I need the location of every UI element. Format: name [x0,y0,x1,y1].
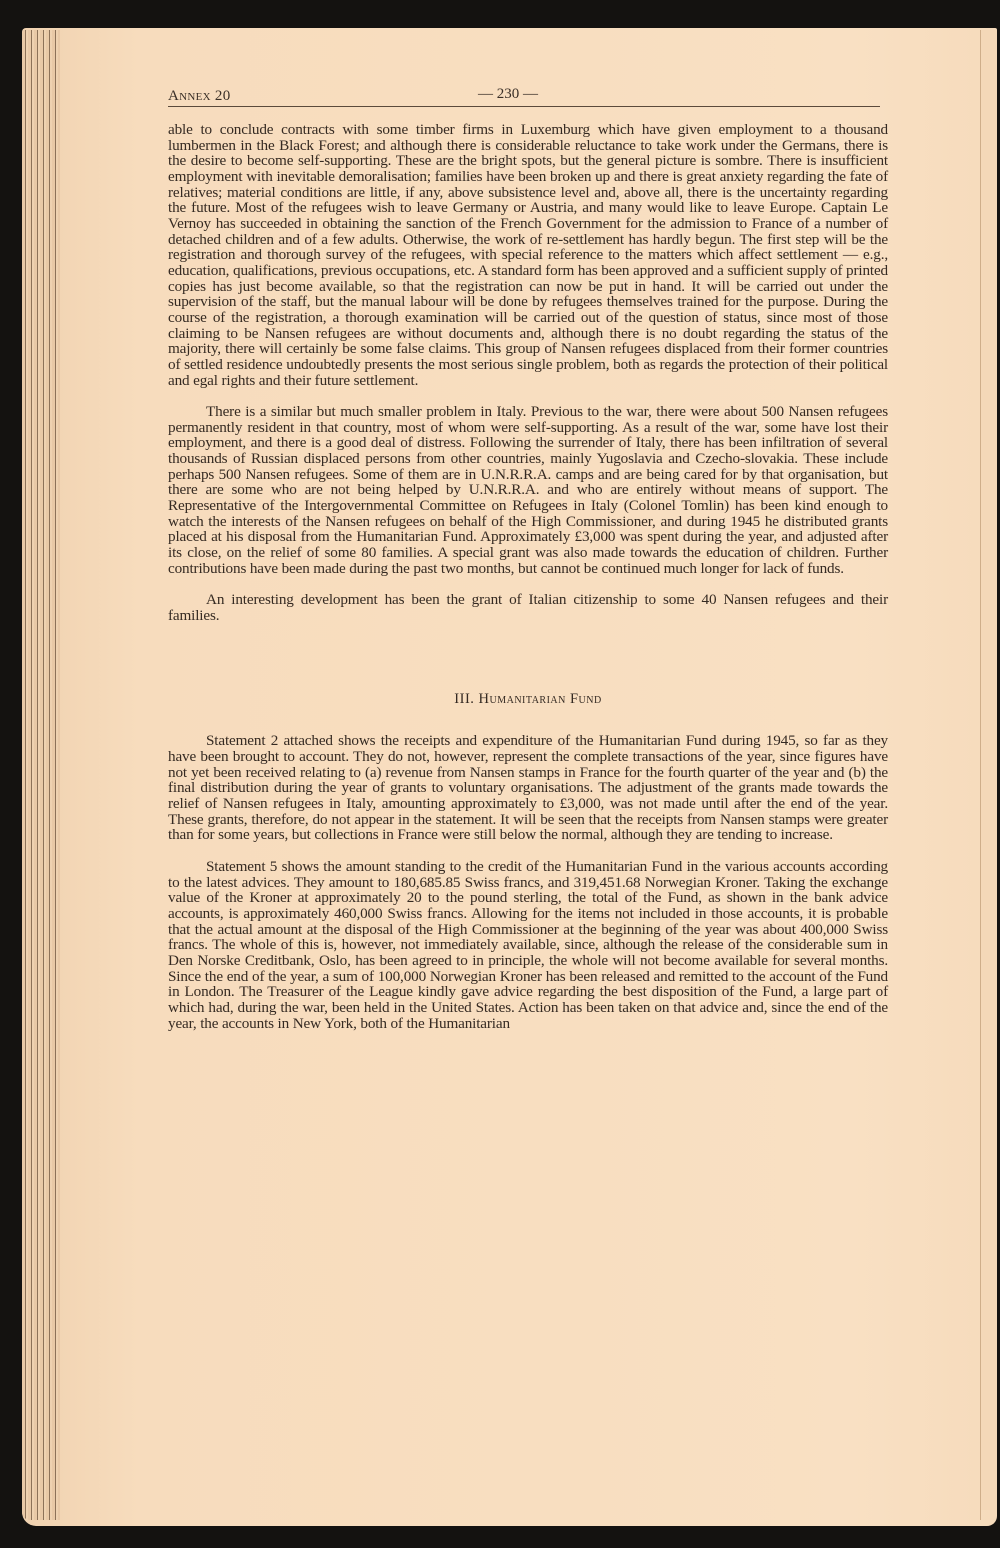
page-number: — 230 — [478,86,538,103]
section-title: Humanitarian Fund [479,691,602,707]
section-number: III. [454,691,474,707]
page-fold-line [980,30,981,1520]
paragraph-statement-2: Statement 2 attached shows the receipts … [168,733,888,843]
section-heading: III. Humanitarian Fund [168,692,888,708]
running-title: Annex 20 [168,88,231,105]
facing-page-strip [981,30,997,1510]
paragraph-continued: able to conclude contracts with some tim… [168,122,888,388]
page-body: able to conclude contracts with some tim… [168,122,888,1031]
page-header: Annex 20 — 230 — [168,84,880,107]
paragraph-statement-5: Statement 5 shows the amount standing to… [168,859,888,1031]
paragraph-citizenship: An interesting development has been the … [168,592,888,623]
paragraph-italy: There is a similar but much smaller prob… [168,404,888,576]
stacked-page-edges [22,30,60,1520]
